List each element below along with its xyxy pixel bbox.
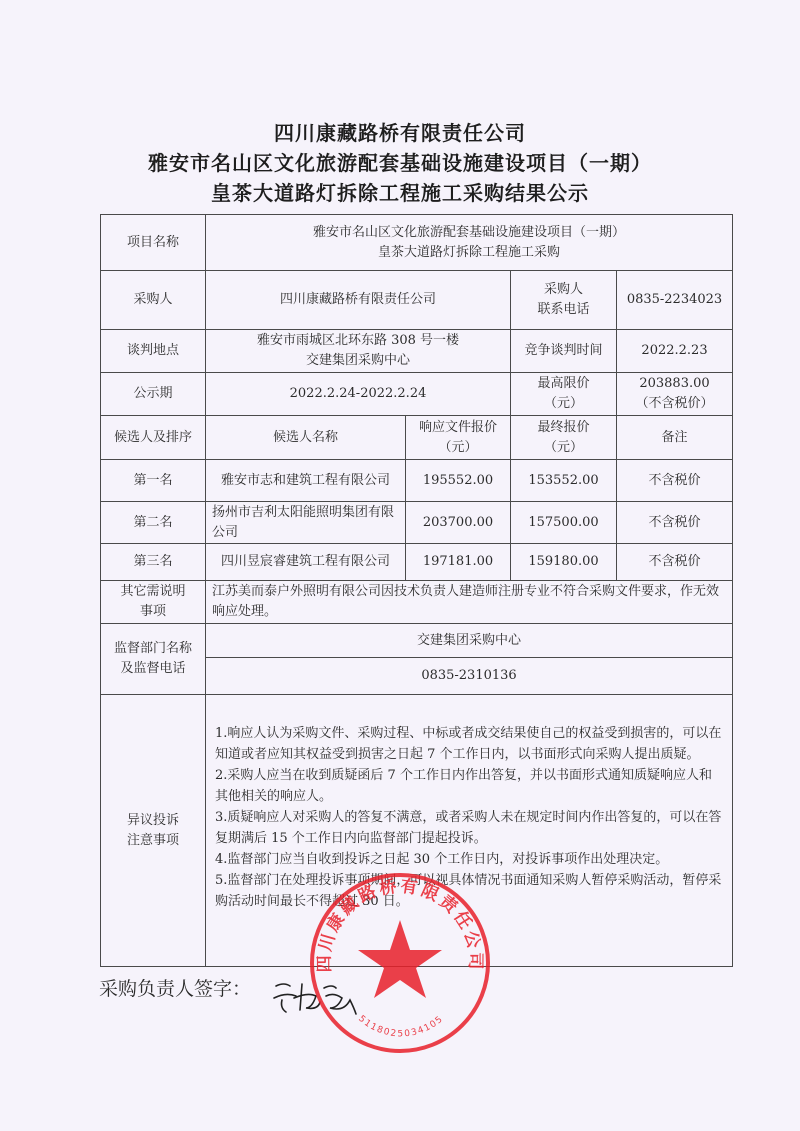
- supervision-phone: 0835-2310136: [206, 658, 733, 695]
- objection-item: 1.响应人认为采购文件、采购过程、中标或者成交结果使自己的权益受到损害的，可以在…: [215, 723, 723, 765]
- table-row: 第一名 雅安市志和建筑工程有限公司 195552.00 153552.00 不含…: [101, 460, 733, 502]
- header-name: 候选人名称: [206, 416, 406, 460]
- objection-item: 4.监督部门应当自收到投诉之日起 30 个工作日内，对投诉事项作出处理决定。: [215, 849, 723, 870]
- other-notes-value: 江苏美而泰户外照明有限公司因技术负责人建造师注册专业不符合采购文件要求，作无效响…: [206, 581, 733, 624]
- project-name-label: 项目名称: [101, 215, 206, 271]
- objection-item: 3.质疑响应人对采购人的答复不满意，或者采购人未在规定时间内作出答复的，可以在答…: [215, 807, 723, 849]
- candidate-remark: 不含税价: [617, 544, 733, 581]
- row-candidate-headers: 候选人及排序 候选人名称 响应文件报价 （元） 最终报价 （元） 备注: [101, 416, 733, 460]
- purchaser-phone-value: 0835-2234023: [617, 271, 733, 330]
- candidate-remark: 不含税价: [617, 502, 733, 544]
- candidate-rank: 第一名: [101, 460, 206, 502]
- candidate-response-price: 197181.00: [406, 544, 511, 581]
- header-response-price: 响应文件报价 （元）: [406, 416, 511, 460]
- table-row: 第三名 四川昱宸睿建筑工程有限公司 197181.00 159180.00 不含…: [101, 544, 733, 581]
- negotiation-time-label: 竞争谈判时间: [511, 330, 617, 373]
- other-notes-label: 其它需说明 事项: [101, 581, 206, 624]
- objection-item: 2.采购人应当在收到质疑函后 7 个工作日内作出答复，并以书面形式通知质疑响应人…: [215, 765, 723, 807]
- row-purchaser: 采购人 四川康藏路桥有限责任公司 采购人 联系电话 0835-2234023: [101, 271, 733, 330]
- candidate-response-price: 203700.00: [406, 502, 511, 544]
- candidate-name: 四川昱宸睿建筑工程有限公司: [206, 544, 406, 581]
- title-notice: 皇茶大道路灯拆除工程施工采购结果公示: [0, 178, 800, 208]
- negotiation-location-label: 谈判地点: [101, 330, 206, 373]
- objection-label: 异议投诉 注意事项: [101, 695, 206, 967]
- supervision-label: 监督部门名称 及监督电话: [101, 624, 206, 695]
- candidate-rank: 第三名: [101, 544, 206, 581]
- candidate-final-price: 157500.00: [511, 502, 617, 544]
- table-row: 第二名 扬州市吉利太阳能照明集团有限公司 203700.00 157500.00…: [101, 502, 733, 544]
- candidate-response-price: 195552.00: [406, 460, 511, 502]
- title-company: 四川康藏路桥有限责任公司: [0, 118, 800, 148]
- candidate-name: 扬州市吉利太阳能照明集团有限公司: [206, 502, 406, 544]
- row-notice-period: 公示期 2022.2.24-2022.2.24 最高限价 （元） 203883.…: [101, 373, 733, 416]
- negotiation-location-value: 雅安市雨城区北环东路 308 号一楼 交建集团采购中心: [206, 330, 511, 373]
- company-seal-icon: 四川康藏路桥有限责任公司 5118025034105: [305, 868, 495, 1058]
- candidate-final-price: 159180.00: [511, 544, 617, 581]
- row-supervision-dept: 监督部门名称 及监督电话 交建集团采购中心: [101, 624, 733, 658]
- max-price-value: 203883.00 （不含税价）: [617, 373, 733, 416]
- negotiation-time-value: 2022.2.23: [617, 330, 733, 373]
- svg-text:5118025034105: 5118025034105: [356, 1014, 446, 1039]
- row-other-notes: 其它需说明 事项 江苏美而泰户外照明有限公司因技术负责人建造师注册专业不符合采购…: [101, 581, 733, 624]
- purchaser-value: 四川康藏路桥有限责任公司: [206, 271, 511, 330]
- purchaser-phone-label: 采购人 联系电话: [511, 271, 617, 330]
- header-rank: 候选人及排序: [101, 416, 206, 460]
- notice-period-label: 公示期: [101, 373, 206, 416]
- document-title: 四川康藏路桥有限责任公司 雅安市名山区文化旅游配套基础设施建设项目（一期） 皇茶…: [0, 118, 800, 208]
- signature-label: 采购负责人签字：: [99, 974, 251, 1001]
- purchaser-label: 采购人: [101, 271, 206, 330]
- candidate-rank: 第二名: [101, 502, 206, 544]
- notice-period-value: 2022.2.24-2022.2.24: [206, 373, 511, 416]
- header-remark: 备注: [617, 416, 733, 460]
- header-final-price: 最终报价 （元）: [511, 416, 617, 460]
- candidate-remark: 不含税价: [617, 460, 733, 502]
- row-project-name: 项目名称 雅安市名山区文化旅游配套基础设施建设项目（一期） 皇茶大道路灯拆除工程…: [101, 215, 733, 271]
- procurement-result-table: 项目名称 雅安市名山区文化旅游配套基础设施建设项目（一期） 皇茶大道路灯拆除工程…: [100, 214, 733, 967]
- candidate-final-price: 153552.00: [511, 460, 617, 502]
- candidate-name: 雅安市志和建筑工程有限公司: [206, 460, 406, 502]
- supervision-dept: 交建集团采购中心: [206, 624, 733, 658]
- title-project: 雅安市名山区文化旅游配套基础设施建设项目（一期）: [0, 148, 800, 178]
- max-price-label: 最高限价 （元）: [511, 373, 617, 416]
- project-name-value: 雅安市名山区文化旅游配套基础设施建设项目（一期） 皇茶大道路灯拆除工程施工采购: [206, 215, 733, 271]
- row-negotiation: 谈判地点 雅安市雨城区北环东路 308 号一楼 交建集团采购中心 竞争谈判时间 …: [101, 330, 733, 373]
